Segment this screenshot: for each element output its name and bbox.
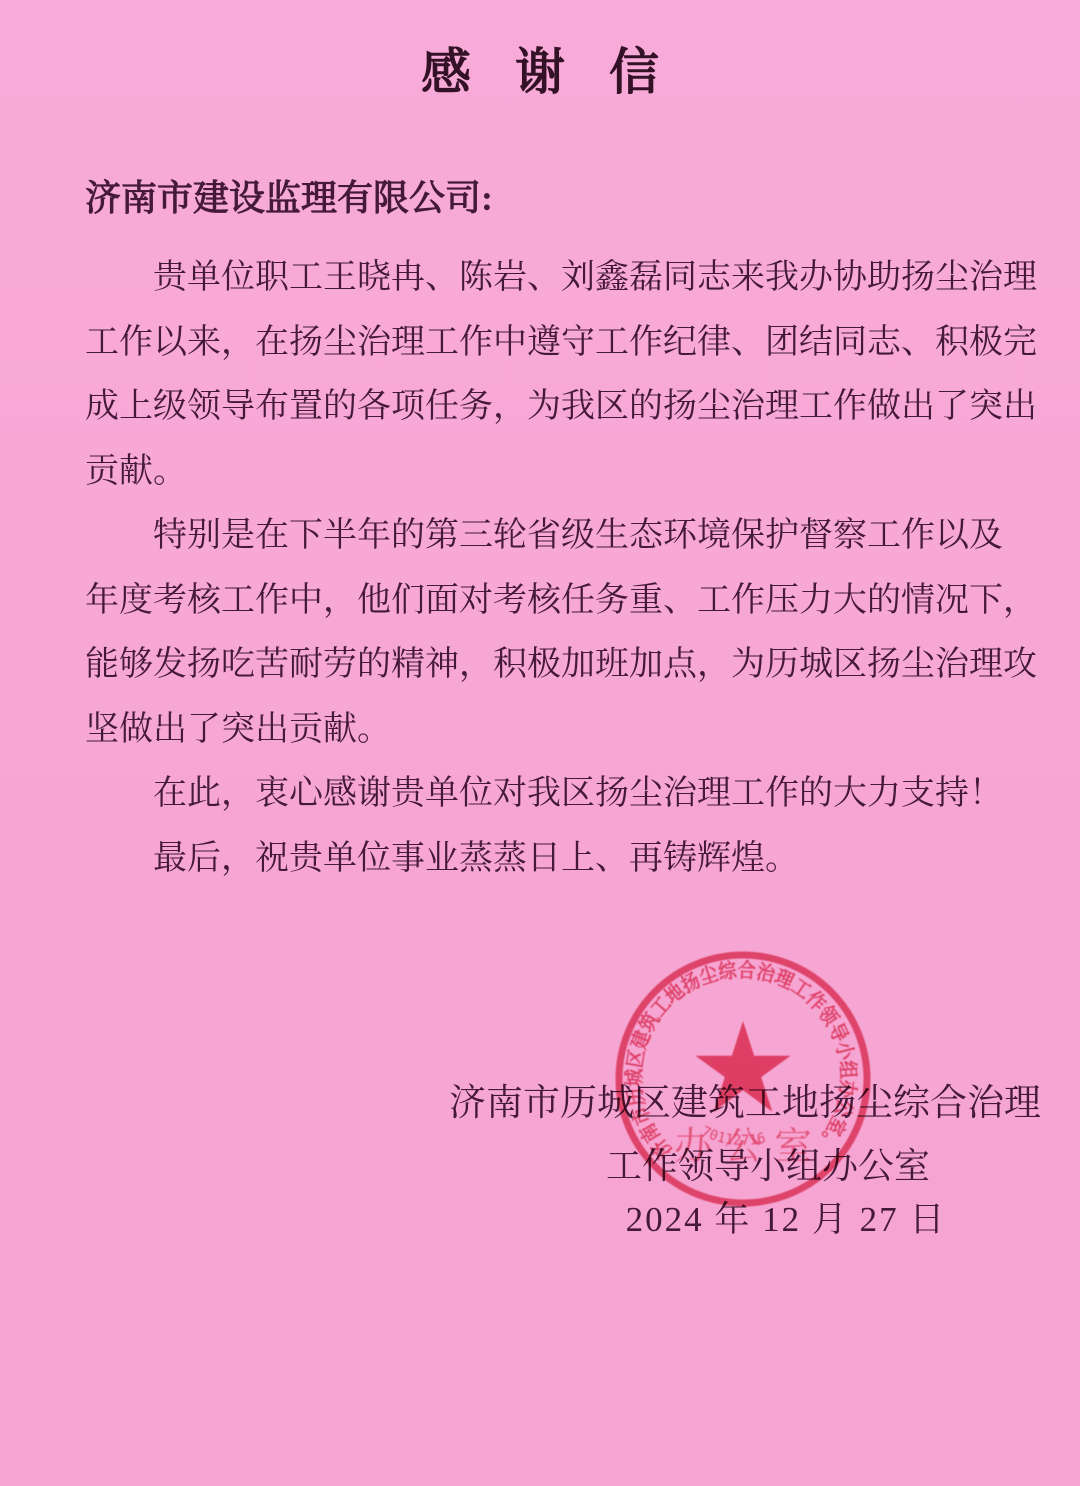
official-seal-stamp: 济南市历城区建筑工地扬尘综合治理工作领导小组办公室。 办 公 室 7011271…: [610, 946, 876, 1212]
letter-body: 贵单位职工王晓冉、陈岩、刘鑫磊同志来我办协助扬尘治理工作以来，在扬尘治理工作中遵…: [85, 246, 1001, 891]
star-icon: [695, 1021, 790, 1112]
body-line: 最后，祝贵单位事业蒸蒸日上、再铸辉煌。: [85, 827, 1001, 892]
body-line: 成上级领导布置的各项任务，为我区的扬尘治理工作做出了突出: [85, 375, 1001, 440]
thank-you-letter-page: 感谢信 济南市建设监理有限公司: 贵单位职工王晓冉、陈岩、刘鑫磊同志来我办协助扬…: [0, 0, 1080, 1486]
body-line: 贡献。: [85, 440, 1001, 505]
body-line: 年度考核工作中，他们面对考核任务重、工作压力大的情况下，: [85, 569, 1001, 634]
salutation: 济南市建设监理有限公司:: [85, 176, 493, 220]
body-line: 工作以来，在扬尘治理工作中遵守工作纪律、团结同志、积极完: [85, 311, 1001, 376]
body-line: 坚做出了突出贡献。: [85, 698, 1001, 763]
body-line: 贵单位职工王晓冉、陈岩、刘鑫磊同志来我办协助扬尘治理: [85, 246, 1001, 311]
seal-graphic: 济南市历城区建筑工地扬尘综合治理工作领导小组办公室。 办 公 室 7011271…: [610, 946, 876, 1212]
body-line: 在此，衷心感谢贵单位对我区扬尘治理工作的大力支持！: [85, 762, 1001, 827]
letter-title: 感谢信: [0, 44, 1080, 100]
body-line: 特别是在下半年的第三轮省级生态环境保护督察工作以及: [85, 504, 1001, 569]
body-line: 能够发扬吃苦耐劳的精神，积极加班加点，为历城区扬尘治理攻: [85, 633, 1001, 698]
